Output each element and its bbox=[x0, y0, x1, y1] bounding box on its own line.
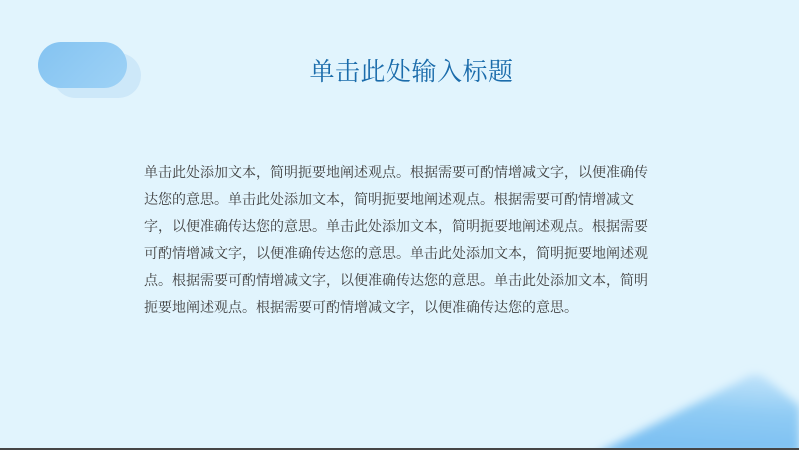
corner-triangle-decoration bbox=[559, 330, 799, 450]
slide-canvas: 单击此处输入标题 单击此处添加文本，简明扼要地阐述观点。根据需要可酌情增减文字，… bbox=[0, 0, 799, 450]
body-text-placeholder[interactable]: 单击此处添加文本，简明扼要地阐述观点。根据需要可酌情增减文字，以便准确传达您的意… bbox=[144, 159, 655, 321]
title-placeholder[interactable]: 单击此处输入标题 bbox=[0, 58, 799, 87]
